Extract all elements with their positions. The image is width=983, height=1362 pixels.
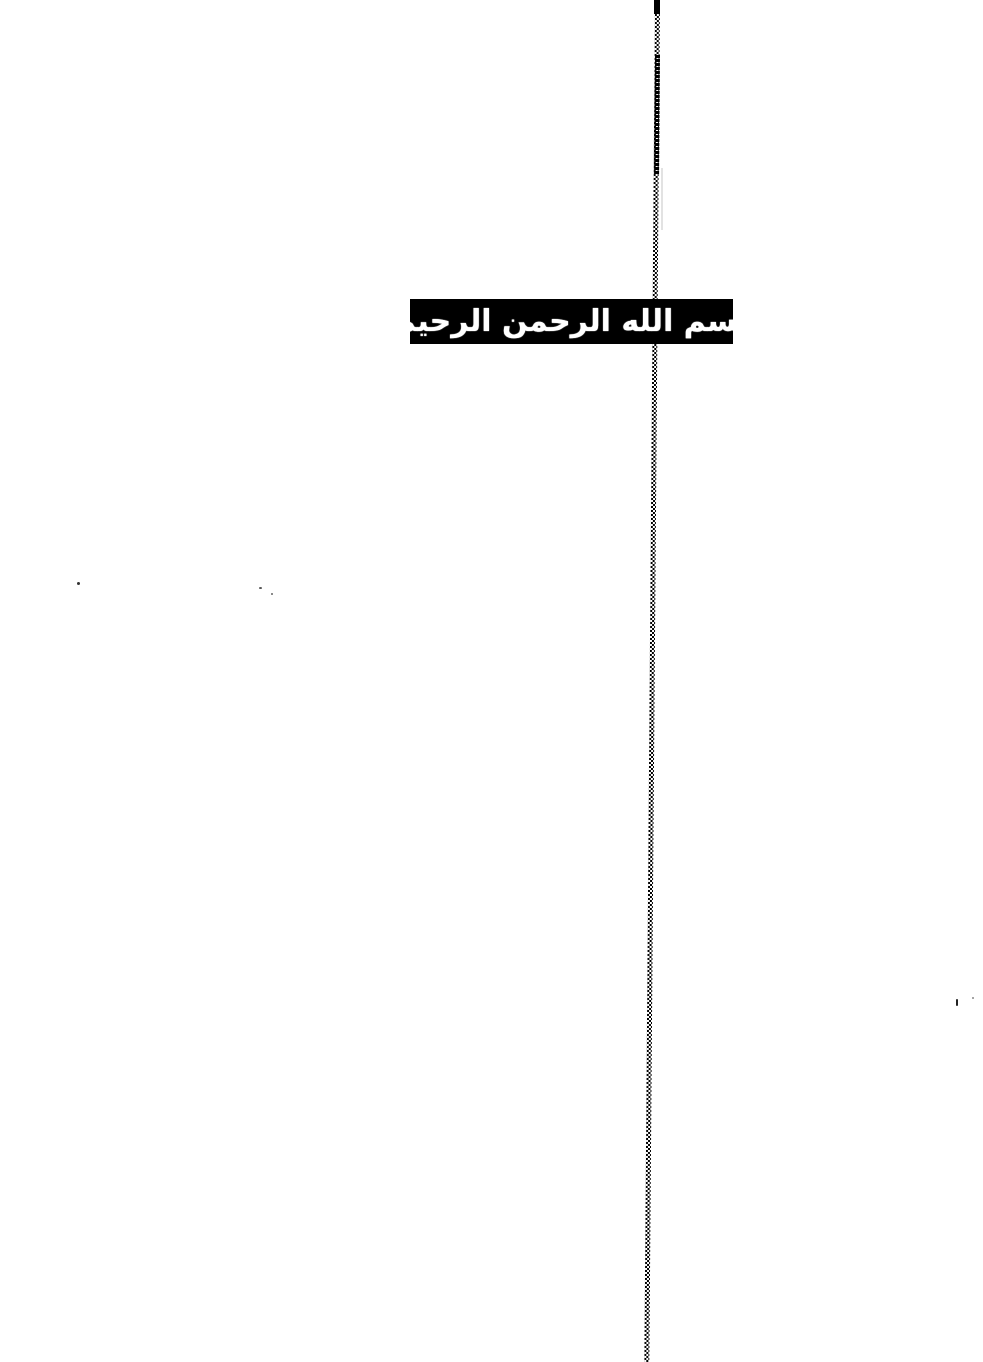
scan-speck [259, 587, 262, 589]
scan-speck [956, 999, 958, 1006]
scan-speck [77, 582, 80, 585]
binding-fold-line-dense-segment [654, 55, 660, 175]
basmala-text: بسم الله الرحمن الرحيم [394, 299, 749, 344]
basmala-banner: بسم الله الرحمن الرحيم [410, 299, 733, 344]
scan-speck [972, 997, 974, 999]
binding-fold-line [644, 0, 660, 1362]
scan-speck [271, 593, 273, 595]
binding-fold-line-cap [654, 0, 660, 14]
scanned-document-page: بسم الله الرحمن الرحيم [0, 0, 983, 1362]
binding-line-shadow [661, 168, 663, 230]
